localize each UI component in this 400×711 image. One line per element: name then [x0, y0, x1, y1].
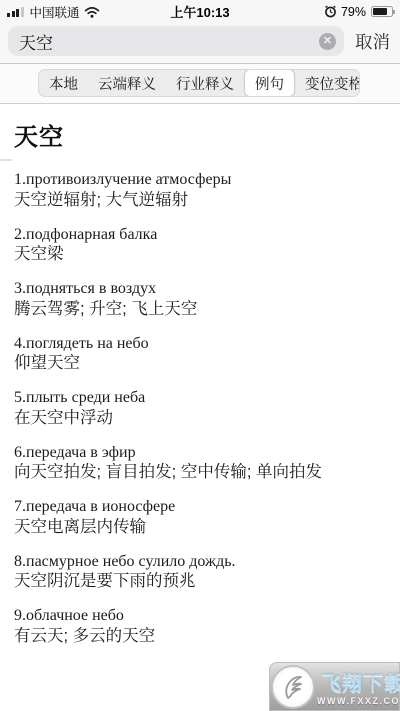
dictionary-app-screen: 中国联通 上午10:13 79% ✕ 取消 — [0, 0, 400, 711]
headword-title: 天空 — [14, 117, 386, 152]
example-number: 8. — [14, 553, 26, 570]
example-russian: противоизлучение атмосферы — [26, 171, 231, 188]
example-russian: поглядеть на небо — [26, 335, 149, 352]
search-bar: ✕ 取消 — [0, 23, 400, 64]
battery-icon — [371, 6, 393, 17]
watermark-title: 飞翔下载 — [321, 667, 400, 696]
example-russian: пасмурное небо сулило дождь. — [26, 553, 236, 570]
example-chinese: 天空梁 — [14, 244, 386, 265]
example-chinese: 天空电离层内传输 — [14, 517, 386, 538]
example-number: 7. — [14, 498, 26, 515]
tab-example-sentences[interactable]: 例句 — [244, 69, 295, 97]
example-item: 5.плыть среди неба 在天空中浮动 — [14, 388, 386, 429]
example-number: 1. — [14, 171, 26, 188]
watermark-logo — [271, 665, 315, 709]
search-input[interactable] — [19, 31, 319, 51]
tab-cloud-definitions[interactable]: 云端释义 — [88, 70, 166, 96]
example-russian: облачное небо — [26, 607, 124, 624]
wifi-icon — [84, 6, 100, 18]
status-left: 中国联通 — [7, 3, 100, 21]
example-number: 3. — [14, 280, 26, 297]
heading-divider — [0, 159, 12, 161]
cellular-signal-icon — [7, 7, 24, 17]
watermark-texts: 飞翔下载 WWW.FXXZ.COM — [317, 667, 400, 706]
example-chinese: 天空逆辐射; 大气逆辐射 — [14, 190, 386, 211]
wing-icon — [278, 672, 308, 702]
tab-strip: 本地 云端释义 行业释义 例句 变位变格 — [0, 64, 400, 104]
example-item: 7.передача в ионосфере 天空电离层内传输 — [14, 497, 386, 538]
tab-industry-definitions[interactable]: 行业释义 — [166, 70, 244, 96]
example-item: 9.облачное небо 有云天; 多云的天空 — [14, 606, 386, 647]
example-chinese: 仰望天空 — [14, 353, 386, 374]
example-item: 8.пасмурное небо сулило дождь. 天空阴沉是要下雨的… — [14, 552, 386, 593]
example-chinese: 天空阴沉是要下雨的预兆 — [14, 571, 386, 592]
example-number: 5. — [14, 389, 26, 406]
example-number: 6. — [14, 444, 26, 461]
example-number: 2. — [14, 226, 26, 243]
example-russian: передача в ионосфере — [26, 498, 175, 515]
cancel-button[interactable]: 取消 — [355, 29, 390, 54]
status-bar: 中国联通 上午10:13 79% — [0, 0, 400, 23]
results-content: 天空 1.противоизлучение атмосферы 天空逆辐射; 大… — [0, 104, 400, 647]
example-russian: передача в эфир — [26, 444, 136, 461]
example-item: 2.подфонарная балка 天空梁 — [14, 225, 386, 266]
battery-percent-label: 79% — [341, 5, 366, 19]
tab-local[interactable]: 本地 — [39, 70, 88, 96]
example-chinese: 向天空拍发; 盲目拍发; 空中传输; 单向拍发 — [14, 462, 386, 483]
example-item: 3.подняться в воздух 腾云驾雾; 升空; 飞上天空 — [14, 279, 386, 320]
example-russian: подняться в воздух — [26, 280, 156, 297]
example-item: 6.передача в эфир 向天空拍发; 盲目拍发; 空中传输; 单向拍… — [14, 443, 386, 484]
example-number: 9. — [14, 607, 26, 624]
example-item: 1.противоизлучение атмосферы 天空逆辐射; 大气逆辐… — [14, 170, 386, 211]
example-chinese: 在天空中浮动 — [14, 408, 386, 429]
watermark-url: WWW.FXXZ.COM — [317, 696, 400, 706]
example-chinese: 腾云驾雾; 升空; 飞上天空 — [14, 299, 386, 320]
status-right: 79% — [324, 5, 393, 19]
alarm-icon — [324, 5, 337, 18]
example-russian: подфонарная балка — [26, 226, 157, 243]
example-item: 4.поглядеть на небо 仰望天空 — [14, 334, 386, 375]
example-russian: плыть среди неба — [26, 389, 145, 406]
example-chinese: 有云天; 多云的天空 — [14, 626, 386, 647]
tab-conjugation[interactable]: 变位变格 — [295, 70, 360, 96]
clear-search-icon[interactable]: ✕ — [319, 33, 336, 50]
example-list: 1.противоизлучение атмосферы 天空逆辐射; 大气逆辐… — [14, 170, 386, 647]
search-field[interactable]: ✕ — [8, 26, 344, 56]
example-number: 4. — [14, 335, 26, 352]
result-tabs: 本地 云端释义 行业释义 例句 变位变格 — [38, 69, 360, 97]
carrier-label: 中国联通 — [30, 3, 80, 21]
watermark-badge: 飞翔下载 WWW.FXXZ.COM — [269, 662, 400, 711]
